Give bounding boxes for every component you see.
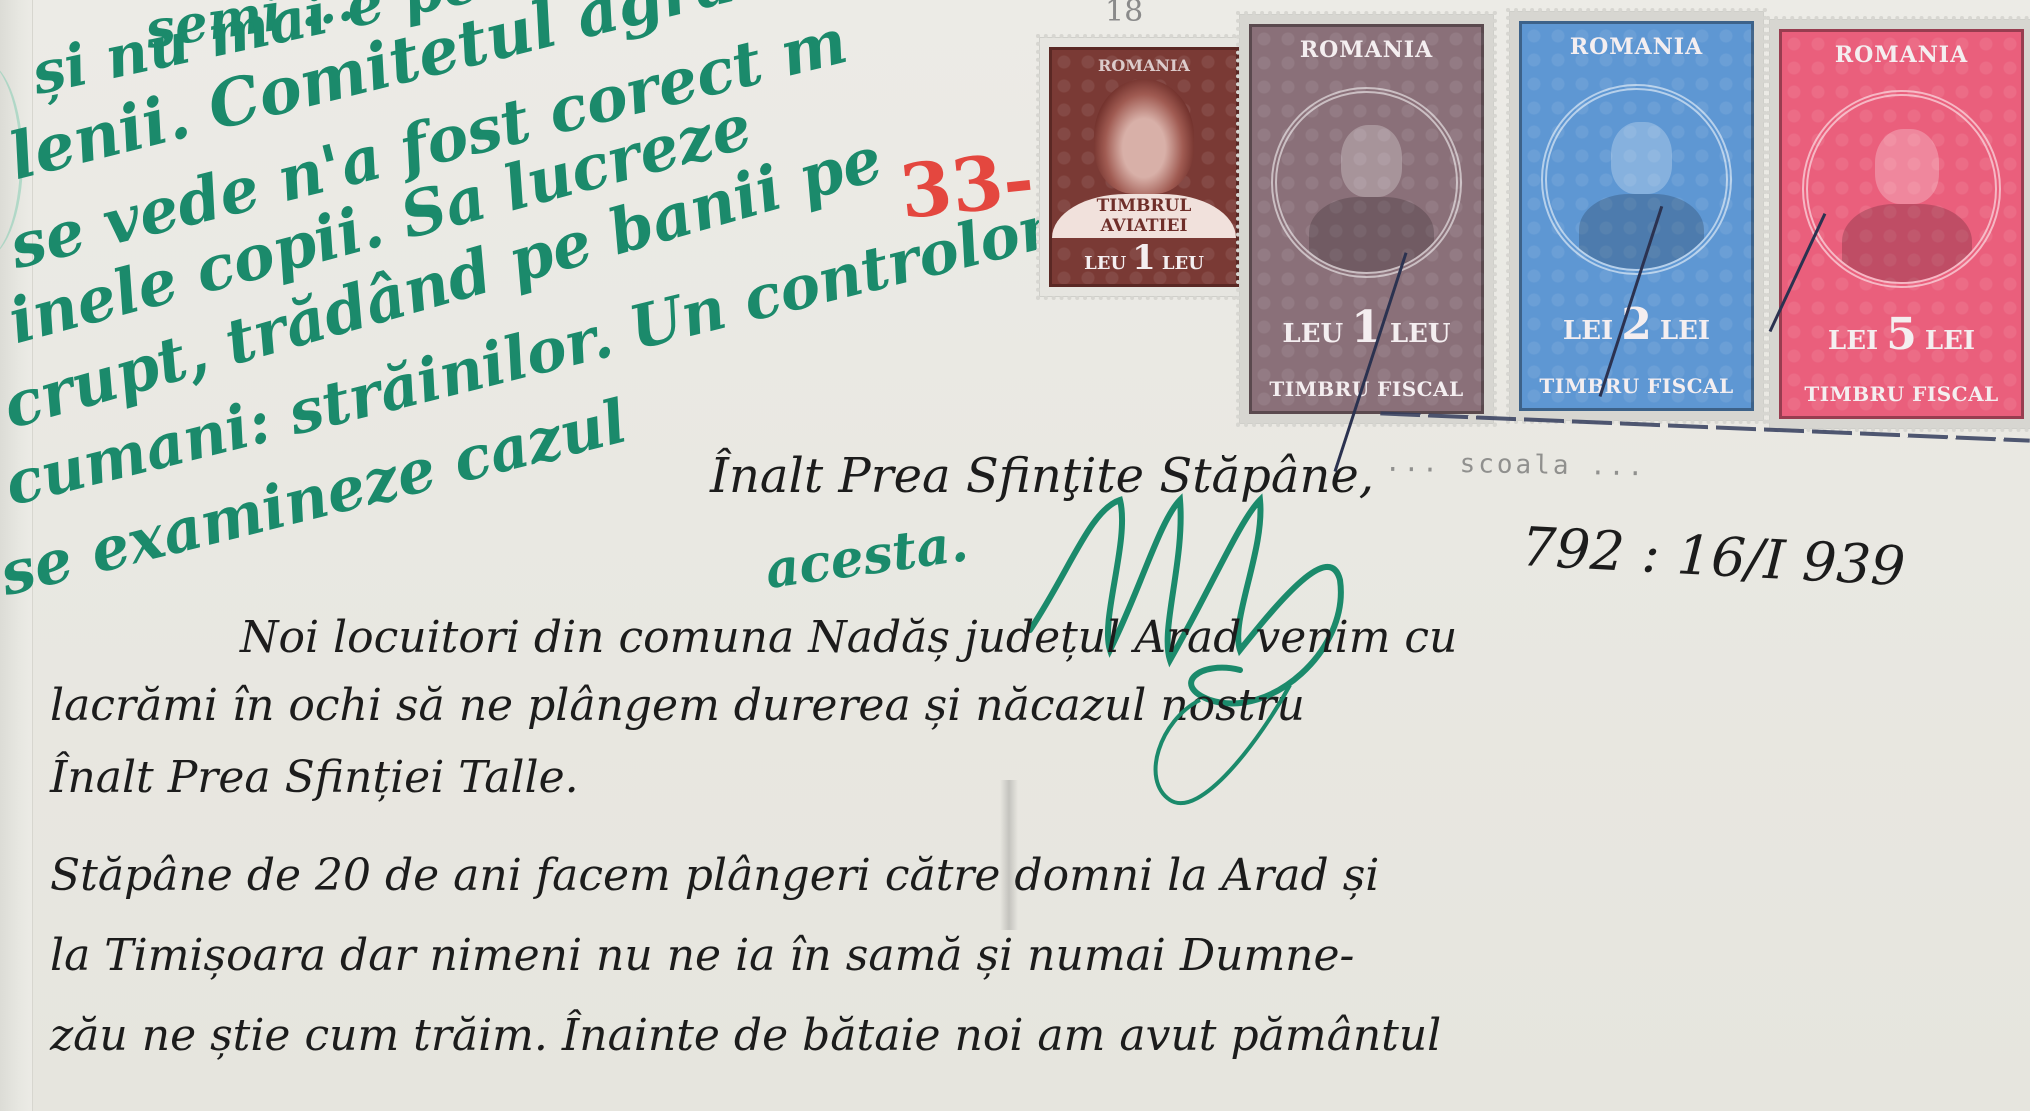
stamp-value: LEI 5 LEI <box>1828 309 1975 360</box>
letter-line: lacrămi în ochi să ne plângem durerea și… <box>50 680 1305 731</box>
king-portrait-icon <box>1271 87 1462 278</box>
stamp-value: LEI 2 LEI <box>1563 299 1710 350</box>
stamp-caption: TIMBRU FISCAL <box>1269 377 1463 401</box>
stamp-unit: LEU <box>1162 253 1204 274</box>
paper-crease <box>1000 780 1018 930</box>
stamp-caption: TIMBRU FISCAL <box>1539 374 1733 398</box>
stamp-unit: LEI <box>1563 316 1613 346</box>
stamp-unit: LEU <box>1084 253 1126 274</box>
annotation-line: acesta. <box>762 512 972 601</box>
page-number-pencil: 18 <box>1105 0 1143 29</box>
stamp-unit: LEU <box>1390 319 1451 349</box>
stamp-denomination: 1 <box>1132 238 1156 278</box>
stamp-unit: LEI <box>1660 316 1710 346</box>
stamp-caption: TIMBRU FISCAL <box>1804 382 1998 406</box>
king-portrait-icon <box>1541 84 1732 275</box>
stamp-denomination: 5 <box>1886 309 1917 360</box>
aviator-portrait-icon <box>1094 79 1193 194</box>
letter-line: Stăpâne de 20 de ani facem plângeri cătr… <box>50 850 1379 901</box>
letter-line: Înalt Prea Sfinției Talle. <box>50 752 579 803</box>
registry-number-date: 792 : 16/I 939 <box>1520 515 1907 598</box>
stamp-value: LEU 1 LEU <box>1282 302 1450 353</box>
fiscal-stamp-5-lei: ROMANIA LEI 5 LEI TIMBRU FISCAL <box>1770 20 2030 428</box>
fiscal-stamp-1-leu: ROMANIA LEU 1 LEU TIMBRU FISCAL <box>1240 15 1493 423</box>
stamp-country: ROMANIA <box>1570 34 1703 60</box>
stamp-value: LEU 1 LEU <box>1084 238 1204 278</box>
letter-line: Noi locuitori din comuna Nadăș județul A… <box>240 612 1457 663</box>
stamp-country: ROMANIA <box>1835 42 1968 68</box>
green-circle-mark <box>1140 680 1340 830</box>
stamp-country: ROMANIA <box>1300 37 1433 63</box>
letter-line: la Timișoara dar nimeni nu ne ia în samă… <box>50 930 1354 981</box>
king-portrait-icon <box>1802 90 2000 288</box>
stamp-country: ROMANIA <box>1098 56 1190 75</box>
stamp-unit: LEI <box>1828 326 1878 356</box>
aviation-stamp: ROMANIA TIMBRUL AVIATIEI LEU 1 LEU <box>1040 38 1248 296</box>
stamp-band: TIMBRUL AVIATIEI <box>1052 194 1236 238</box>
postmark-faded: ... scoala ... <box>1385 448 1647 483</box>
letter-line: zău ne știe cum trăim. Înainte de bătaie… <box>50 1010 1441 1061</box>
fiscal-stamp-2-lei: ROMANIA LEI 2 LEI TIMBRU FISCAL <box>1510 12 1763 420</box>
stamp-unit: LEI <box>1925 326 1975 356</box>
stamp-unit: LEU <box>1282 319 1343 349</box>
stamp-denomination: 2 <box>1621 299 1652 350</box>
